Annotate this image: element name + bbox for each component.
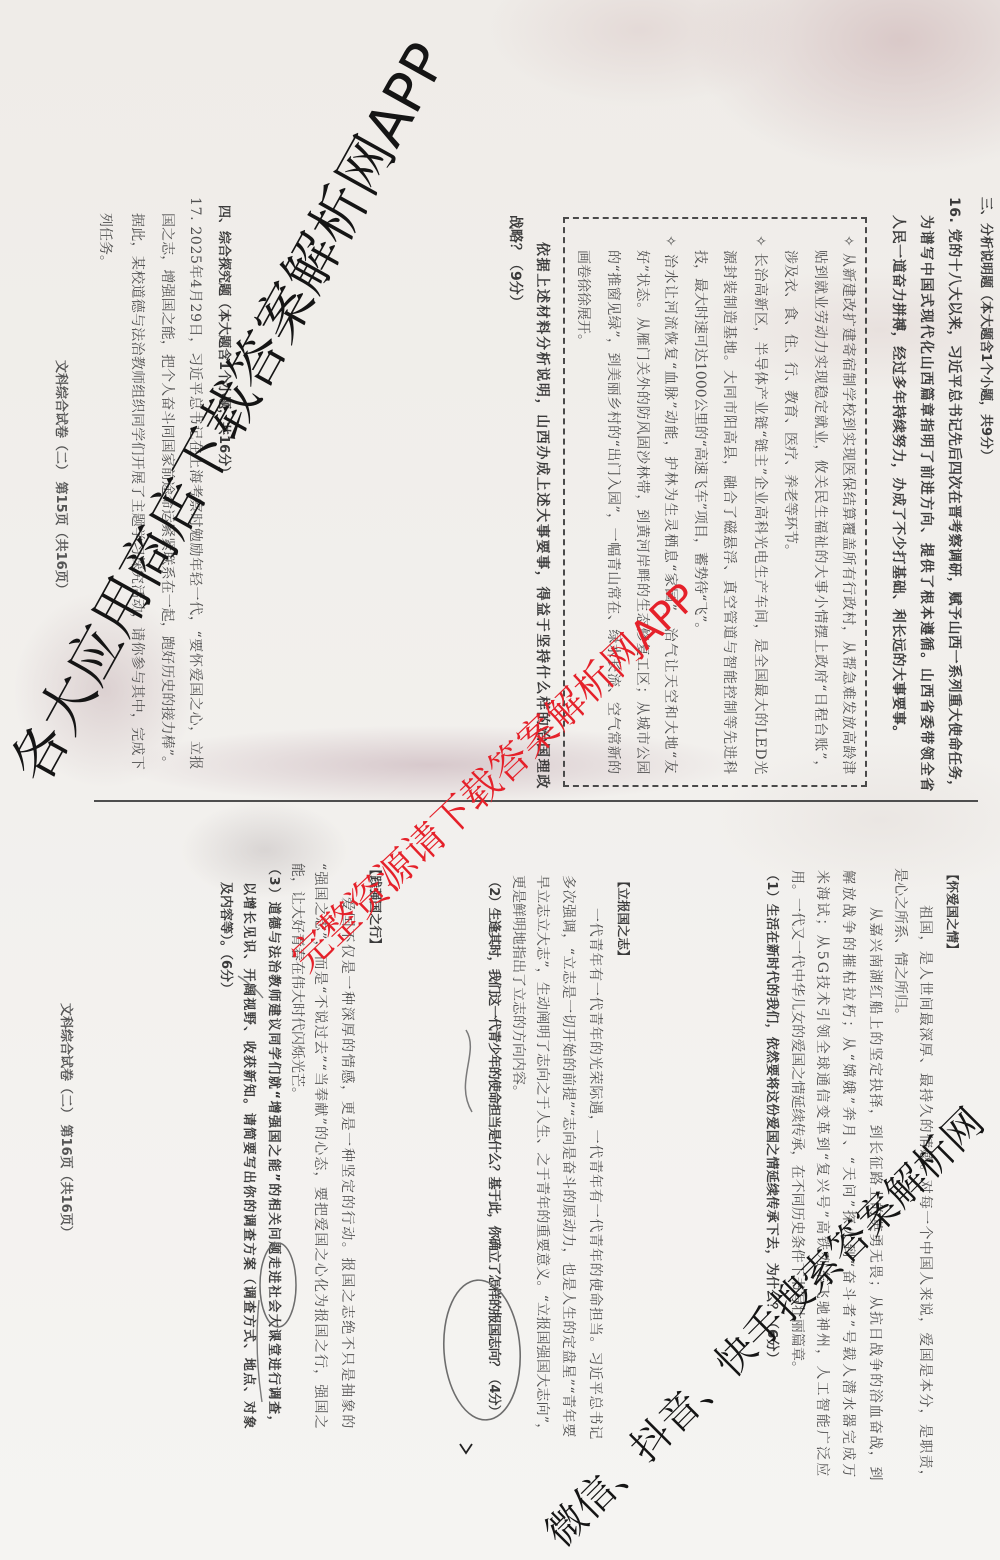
part-3-passage-line: 爱国不仅是一种深厚的情感，更是一种坚定的行动。报国之志绝不只是抽象的 xyxy=(337,897,357,1430)
material-item-2-line: 源封装制造基地。大同市阳高县，融合了磁悬浮、真空管道与智能控制等先进科 xyxy=(719,250,739,775)
material-item-3-line: 好”状态。从雁门关外的防风固沙林带，到黄河岸畔的生态修复工区；从城市公园 xyxy=(632,250,652,775)
part-3-passage-line: 能，让大好青春在伟大时代闪烁光芒。 xyxy=(287,863,307,1101)
page-divider xyxy=(94,800,978,802)
question-3-line: 以增长见识、开阔视野、收获新知。请简要写出你的调查方案（调查方式、地点、对象 xyxy=(238,882,258,1430)
pencil-circle-answer-score xyxy=(439,1278,525,1423)
part-1-passage-line: 是心之所系、情之所归。 xyxy=(890,868,910,1022)
material-item-3-line: ✧ 治水让河流恢复“血脉”动能，护林为生灵栖息“家园”，治气让天空和大地“友 xyxy=(660,235,680,775)
q16-stem-line: 人民一道奋力拼搏，经过多年持续努力，办成了不少打基础、利长远的大事要事。 xyxy=(888,215,908,740)
question-2: （2）生逢其时，我们这一代青少年的使命担当是什么？基于此，你确立了怎样的报国志向… xyxy=(483,875,503,1417)
material-item-1-line: 贴到就业劳动力实现稳定就业，攸关民生福祉的大事小情摆上政府“日程台账”， xyxy=(810,250,830,775)
section-3-title: 三、分析说明题（本大题含1个小题，共9分） xyxy=(975,197,995,462)
material-item-2-line: ✧ 长治高新区，半导体产业链“链主”企业高科光电生产车间，是全国最大的LED光 xyxy=(750,235,770,775)
part-1-passage-line: 解放战争的摧枯拉朽；从“嫦娥”奔月、“天问”探火到“奋斗者”号载人潜水器完成万 xyxy=(838,870,858,1480)
pencil-squiggle xyxy=(465,1030,472,1112)
material-item-2-line: 技，最大时速可达1000公里的“高速飞车”项目，蓄势待“飞”。 xyxy=(690,250,710,636)
part-2-passage-line: 多次强调，“立志是一切开始的前提”“志向是奋斗的原动力，也是人生的定盘星”“青年… xyxy=(558,875,578,1438)
question-3-line: 及内容等）。（6分） xyxy=(215,882,235,995)
q16-stem-line: 16. 党的十八大以来，习近平总书记先后四次在晋考察调研，赋予山西一系列重大使命… xyxy=(944,197,964,795)
part-1-heading: 【怀爱国之情】 xyxy=(942,868,962,956)
material-item-3-line: 画卷徐徐展开。 xyxy=(573,250,593,348)
part-2-passage-line: 更是鲜明地指出了立志的方向内容。 xyxy=(508,875,528,1099)
q17-stem-line: 列任务。 xyxy=(95,213,115,269)
pencil-arrow-mark xyxy=(460,1444,472,1453)
part-2-heading: 【立报国之志】 xyxy=(613,875,633,963)
q16-question-line: 战略？（9分） xyxy=(505,215,525,309)
page-16-footer: 文科综合试卷（二） 第16页（共16页） xyxy=(55,1003,75,1239)
question-3-line: （3）道德与法治教师建议同学们就“增强国之能”的相关问题走进社会大课堂进行调查， xyxy=(263,862,283,1430)
material-item-1-line: 涉及衣、食、住、行、教育、医疗、养老等环节。 xyxy=(780,250,800,558)
page-15-footer: 文科综合试卷（二） 第15页（共16页） xyxy=(50,360,70,596)
part-2-passage-line: 一代青年有一代青年的光荣际遇，一代青年有一代青年的使命担当。习近平总书记 xyxy=(585,908,605,1440)
material-item-1-line: ✧ 从新建改扩建寄宿制学校到实现医保结算覆盖所有行政村，从帮急难发放高龄津 xyxy=(838,235,858,775)
part-1-passage-line: 米海试；从5G技术引领全球通信变革到“复兴号”高铁列车飞驰神州，人工智能广泛应 xyxy=(812,870,832,1478)
q16-stem-line: 为谱写中国式现代化山西篇章指明了前进方向、提供了根本遵循。山西省委带领全省 xyxy=(916,215,936,793)
q17-stem-line: 据此，某校道德与法治教师组织同学们开展了主题学习探究活动，请你参与其中，完成下 xyxy=(127,213,147,770)
part-2-passage-line: 早立志立大志”，生动阐明了志向之于人生、之于青年的重要意义。“立报国强国大志向”… xyxy=(532,875,552,1437)
